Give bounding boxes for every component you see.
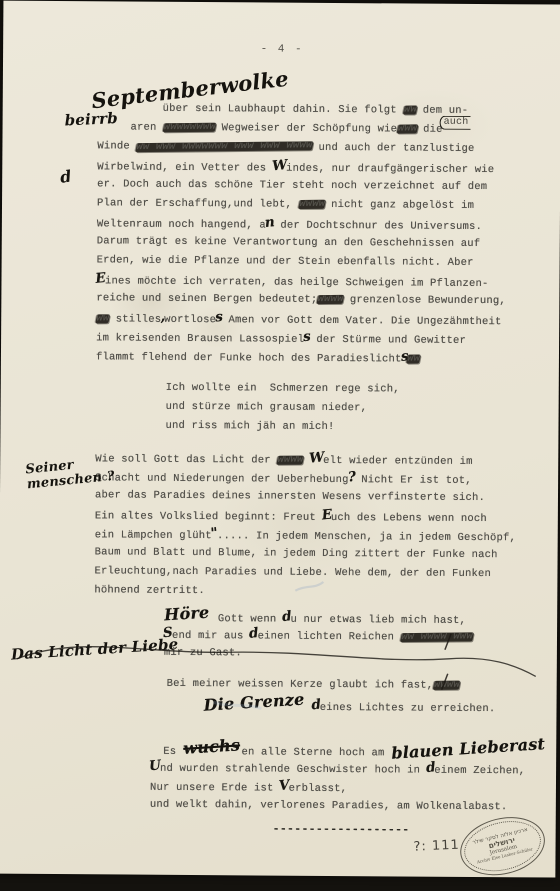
handwritten-char: d [248, 624, 259, 644]
ink-deletion: wwww [298, 199, 326, 208]
archive-shelfmark: ?: 111 [413, 838, 460, 855]
handwritten-char: U [148, 756, 162, 776]
typed-text: Plan der Erschaffung,und lebt, [97, 197, 299, 210]
typescript-line: flammt flehend der Funke hoch des Paradi… [96, 346, 536, 368]
typed-text: elt wieder entzünden im [323, 455, 473, 468]
typed-text: reiche und seinen Bergen bedeutet; [96, 292, 317, 306]
typed-text: Gott wenn [211, 613, 283, 625]
handwritten-char: E [321, 505, 333, 525]
typed-text: über sein Laubhaupt dahin. Sie folgt [163, 103, 404, 117]
typed-text: höhnend zertritt. [94, 584, 205, 597]
typed-text: wortlose [164, 314, 216, 326]
handwritten-word: Höre [164, 603, 210, 625]
typed-text: Winde [97, 140, 136, 152]
typed-text: und welkt dahin, verlorenes Paradies, am… [150, 799, 508, 813]
typed-text: ein Lämpchen glüht [95, 529, 212, 542]
typed-text: im kreisenden Brausen Lassospiel [96, 332, 304, 345]
typed-text: indes, nur draufgängerischer wie [286, 163, 494, 176]
handwritten-char: n [264, 213, 276, 233]
typed-text: Schacht und Niederungen der Ueberhebung [95, 472, 349, 486]
typed-text: Wie soll Gott das Licht der [95, 453, 277, 466]
handwritten-char: ? [347, 468, 357, 488]
ink-deletion: wwww [432, 680, 460, 689]
scan-background: - 4 - über sein Laubhaupt dahin. Sie fol… [0, 0, 560, 891]
stamp-city-hebrew: ירושלים [488, 836, 516, 850]
stamp-hebrew-arc: ארכיון אלזה לסקר שילר [472, 826, 528, 845]
handwritten-char: d [281, 607, 292, 627]
ink-deletion: www [396, 124, 417, 133]
typed-text: Wegweiser der Schöpfung wie [215, 122, 397, 135]
handwritten-annotations: SeptemberwolkebeirrbauchdSeiner menschen… [3, 1, 560, 5]
typed-text: ..... In jedem Menschen, ja in jedem Ges… [217, 530, 516, 544]
typed-text: einem Zeichen, [434, 765, 525, 778]
ink-deletion: ww [402, 105, 417, 114]
handwritten-char: d [425, 758, 436, 778]
typed-text: end mir aus [172, 630, 250, 643]
handwritten-char: E [95, 269, 107, 289]
handwritten-char: W [308, 448, 325, 468]
typed-text: grenzenlose Bewunderung, [343, 294, 506, 307]
typed-text: Wirbelwind, ein Vetter des [97, 161, 273, 174]
typed-text: Ich wollte ein Schmerzen rege sich, [166, 382, 400, 396]
typed-text: Amen vor Gott dem Vater. Die Ungezähmthe… [222, 314, 502, 328]
typed-text: flammt flehend der Funke hoch des Paradi… [96, 351, 402, 365]
typescript-body: über sein Laubhaupt dahin. Sie folgt ww … [93, 99, 538, 841]
ink-deletion: wwww [276, 455, 304, 464]
handwritten-word: blauen Lieberast [391, 734, 546, 763]
handwritten-char: s [214, 308, 224, 328]
handwritten-char: d [310, 695, 321, 715]
typed-text: Es [163, 746, 183, 758]
typed-text: stilles [109, 313, 161, 325]
typed-text: und riss mich jäh an mich! [165, 420, 334, 433]
typescript-line: höhnend zertritt. [94, 581, 534, 603]
typescript-line: und riss mich jäh an mich! [95, 416, 535, 438]
typed-text: Nicht Er ist tot, [355, 474, 472, 487]
typed-insert-auch: auch [440, 116, 471, 130]
handwritten-d-correction: d [59, 167, 73, 186]
ink-deletion: wwwwwwww [162, 122, 216, 132]
typed-text: Darum trägt es keine Verantwortung an de… [97, 235, 481, 250]
page-number: - 4 - [3, 42, 560, 58]
typed-divider: ------------------- [273, 824, 410, 837]
ink-deletion: wwww [316, 295, 344, 304]
handwritten-char: s [302, 327, 312, 347]
typed-text: Erleuchtung,nach Paradies und Liebe. Weh… [94, 565, 491, 580]
ink-deletion: ww [406, 354, 421, 363]
handwritten-char: " [210, 524, 219, 544]
stamp-bottom-arc: Archiv Else Lasker-Schüler [477, 847, 534, 866]
typed-text: erblasst, [289, 783, 348, 795]
typed-text: Nur unsere Erde ist [150, 782, 280, 795]
ink-deletion: ww www wwwwwww www www wwww [135, 141, 313, 152]
typed-text: und auch der tanzlustige [312, 142, 475, 155]
ink-deletion: ww wwww www [400, 632, 474, 642]
typed-text: aren [131, 122, 164, 134]
typed-text: Ein altes Volkslied beginnt: Freut [95, 510, 323, 524]
manuscript-page: - 4 - über sein Laubhaupt dahin. Sie fol… [0, 1, 560, 878]
handwritten-beirrb: beirrb [64, 110, 118, 129]
typed-text: uch des Lebens wenn noch [331, 512, 487, 525]
typed-text: die [417, 124, 443, 136]
typed-text: und stürze mich grausam nieder, [166, 401, 368, 414]
typescript-line: Die Grenze deines Lichtes zu erreichen. [93, 693, 533, 715]
handwritten-char: W [271, 156, 288, 176]
typed-text: eines Lichtes zu erreichen. [320, 702, 496, 715]
ink-deletion: ww [95, 314, 110, 323]
handwritten-char: , [159, 308, 166, 327]
typed-text: nicht ganz abgelöst im [325, 199, 475, 212]
typed-text: Erden, wie die Pflanze und der Stein ebe… [97, 254, 474, 269]
handwritten-char: V [278, 776, 290, 796]
handwritten-word-over-strike: wuchs [182, 735, 240, 758]
typed-text: aber das Paradies deines innersten Wesen… [95, 489, 485, 504]
typed-text: Baum und Blatt und Blume, in jedem Ding … [95, 546, 498, 561]
typed-text: Weltenraum noch hangend, a [97, 218, 266, 231]
typed-text: en alle Sterne hoch am [241, 746, 391, 759]
typed-text: nd wurden strahlende Geschwister hoch in [160, 763, 427, 777]
typed-text: der Stürme und Gewitter [310, 334, 466, 347]
typed-text: ines möchte ich verraten, das heilge Sch… [105, 275, 489, 290]
typescript-line: und welkt dahin, verlorenes Paradies, am… [93, 795, 533, 817]
typed-text: er. Doch auch das schöne Tier steht noch… [97, 178, 487, 193]
typed-text: der Dochtschnur des Universums. [274, 220, 482, 233]
typed-text: einen lichten Reichen [258, 630, 401, 643]
